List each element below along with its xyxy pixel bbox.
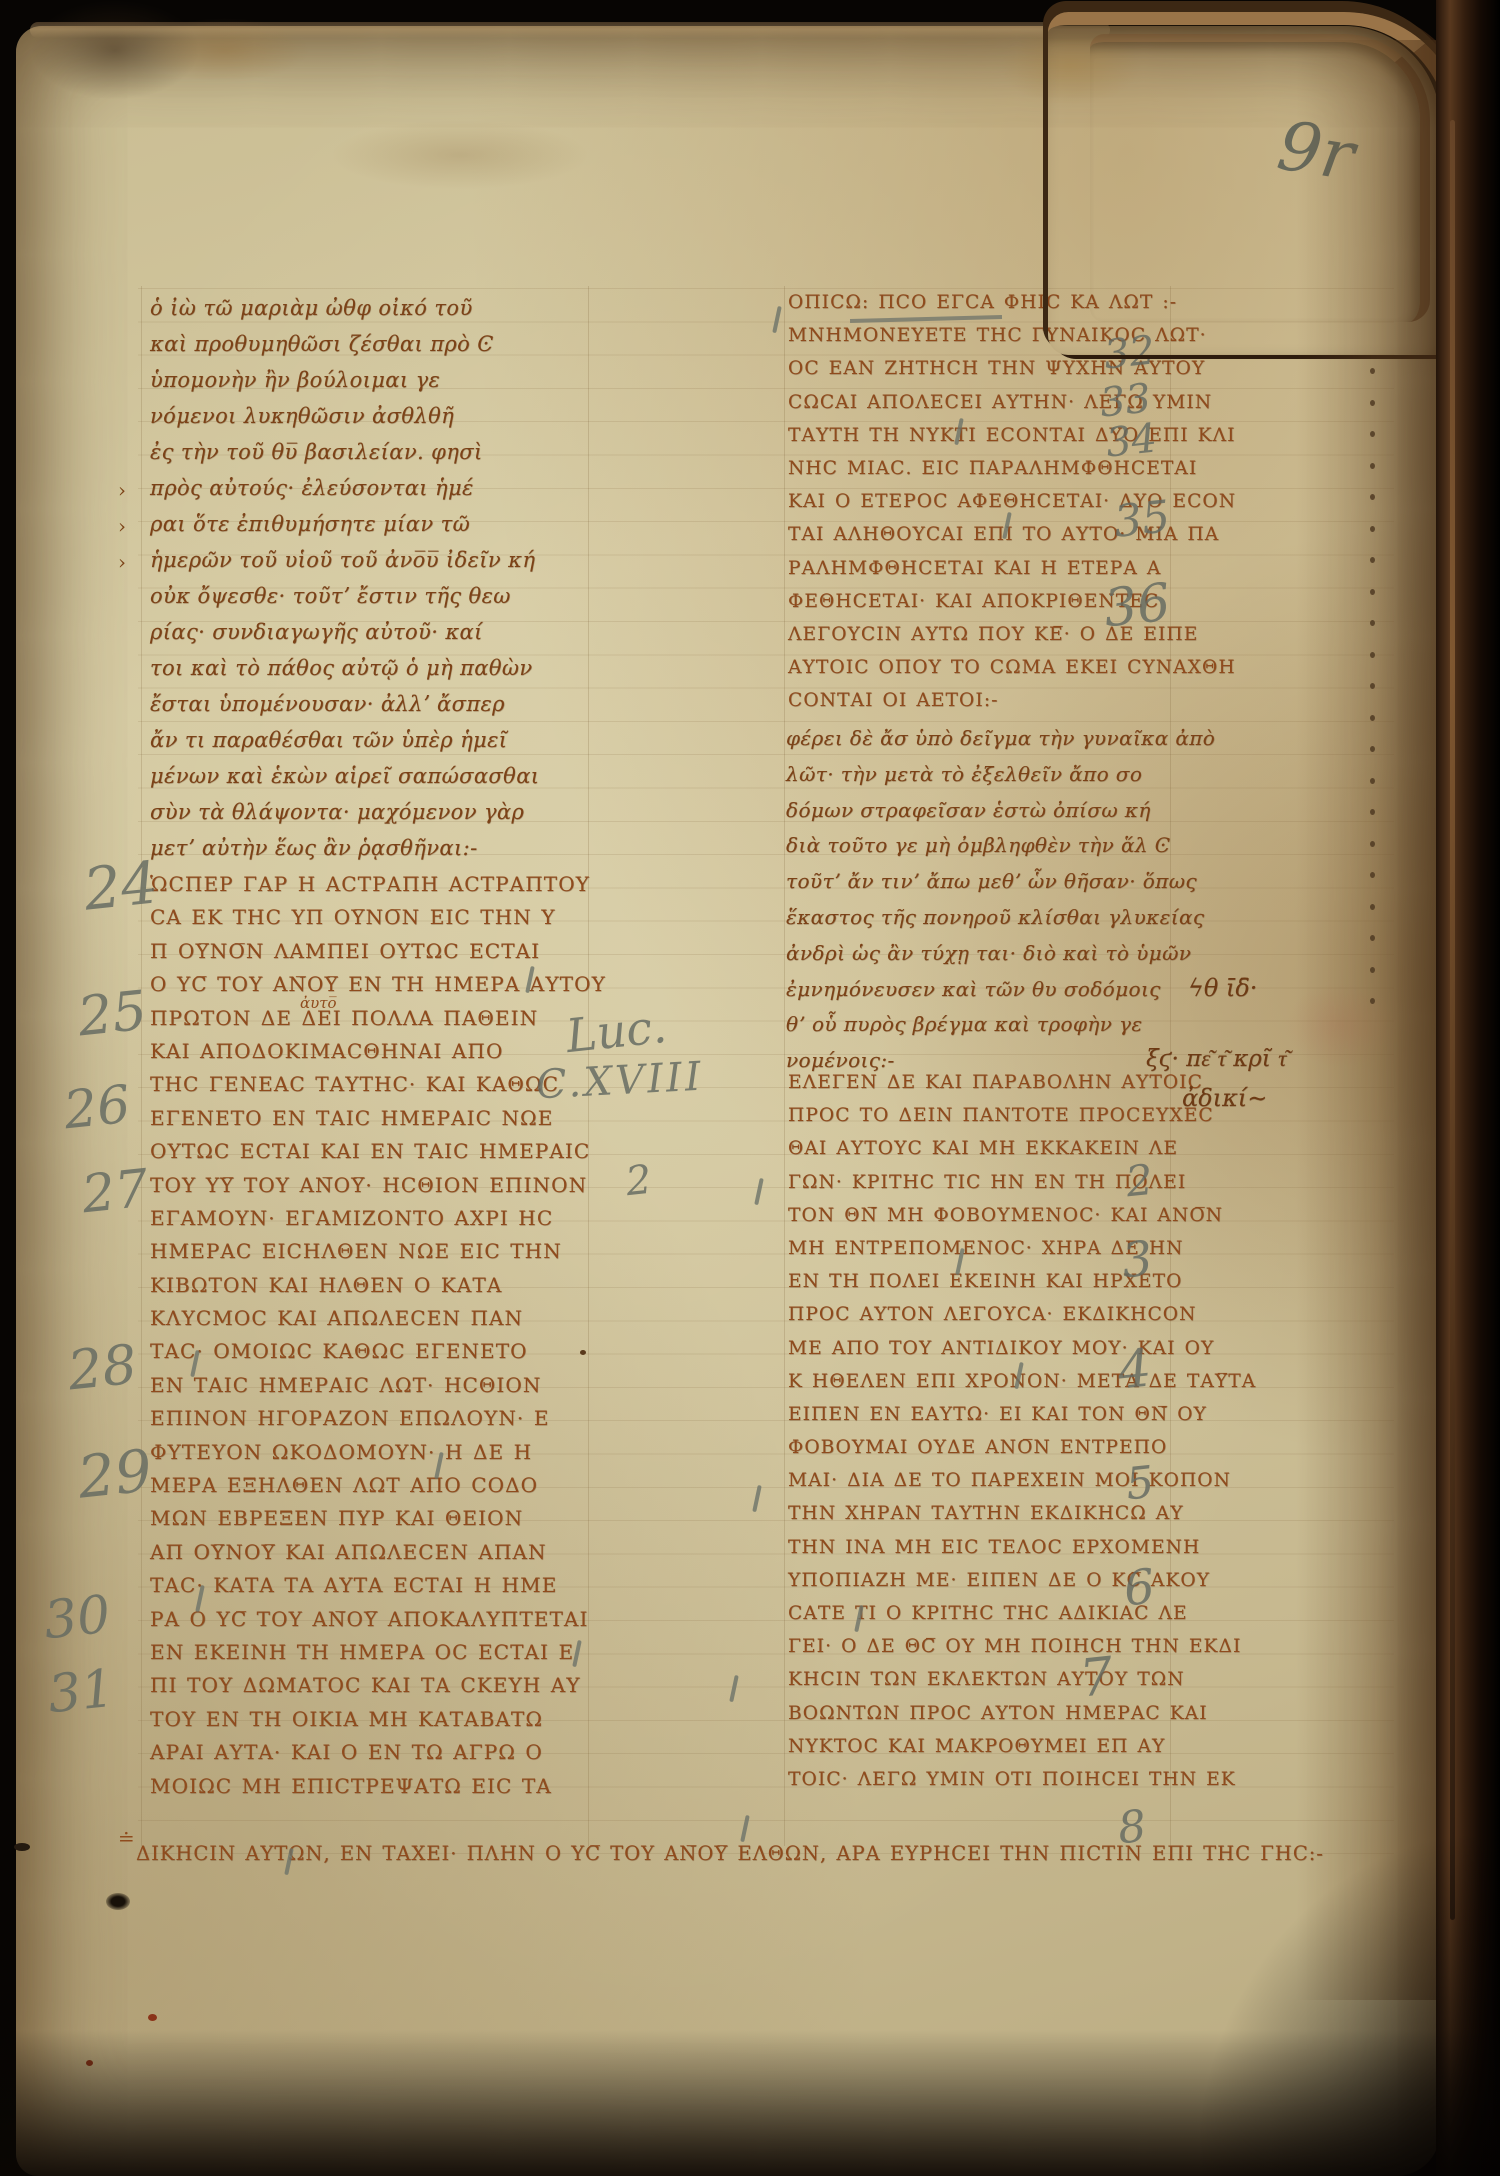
verse-number-left: 25 — [75, 979, 150, 1049]
quotation-diple-mark: › — [118, 550, 126, 574]
quotation-diple-mark: › — [118, 478, 126, 502]
manuscript-line: ΕΝ ΤΗ ΠΟΛΕΙ ΕΚΕΙΝΗ ΚΑΙ ΗΡΧΕΤΟ — [788, 1271, 1256, 1304]
annotation-layer: ὁ ἰὼ τῶ μαριὰμ ὠθφ οἰκό τοῦκαὶ προθυμηθῶ… — [0, 0, 1500, 2176]
manuscript-line: ΠΡΟϹ ΑΥΤΟΝ ΛΕΓΟΥϹΑ· ΕΚΔΙΚΗϹΟΝ — [788, 1304, 1256, 1337]
verse-number-right: 6 — [1121, 1559, 1157, 1618]
manuscript-line: ΕΝ ΤΑΙϹ ΗΜΕΡΑΙϹ ΛΩΤ· ΗϹΘΙΟΝ — [150, 1373, 606, 1406]
verse-number-left: 31 — [45, 1659, 117, 1726]
manuscript-line: ΓΕΙ· Ο ΔΕ ΘϹ̅ ΟΥ ΜΗ ΠΟΙΗϹΗ ΤΗΝ ΕΚΔΙ — [788, 1636, 1256, 1669]
ink-blot — [106, 1893, 130, 1910]
manuscript-line: Π ΟΥ̅ΝΟ̅Ν ΛΑΜΠΕΙ ΟΥΤΩϹ ΕϹΤΑΙ — [150, 939, 606, 972]
verse-number-left: 30 — [41, 1585, 113, 1652]
manuscript-line: ΒΟΩΝΤΩΝ ΠΡΟϹ ΑΥΤΟΝ ΗΜΕΡΑϹ ΚΑΙ — [788, 1703, 1256, 1736]
ink-speck — [580, 1350, 586, 1355]
verse-number-right: 4 — [1115, 1338, 1154, 1401]
manuscript-line: ἐς τὴν τοῦ θυ̅ βασιλείαν. φησὶ — [150, 440, 539, 476]
manuscript-line: ραι ὅτε ἐπιθυμήσητε μίαν τῶ — [150, 512, 539, 548]
quotation-diple-mark: › — [118, 514, 126, 538]
pencil-verse-slash — [772, 306, 781, 333]
ink-speck — [14, 1843, 30, 1851]
manuscript-line: ΦΟΒΟΥΜΑΙ ΟΥΔΕ ΑΝΟ̅Ν ΕΝΤΡΕΠΟ — [788, 1437, 1256, 1470]
prick-hole-dot — [1370, 368, 1375, 374]
manuscript-line: μένων καὶ ἑκὼν αἱρεῖ σαπώσασθαι — [150, 764, 539, 800]
manuscript-line: ἄν τι παραθέσθαι τῶν ὑπὲρ ἡμεῖ — [150, 728, 539, 764]
luke-chapter-label: C.XVIII — [535, 1054, 705, 1109]
manuscript-line: ἕκαστος τῆς πονηροῦ κλίσθαι γλυκείας — [786, 905, 1215, 941]
manuscript-line: λῶτ· τὴν μετὰ τὸ ἐξελθεῖν ἄπο σο — [786, 762, 1215, 798]
manuscript-line: ΤΗΝ ΧΗΡΑΝ ΤΑΥΤΗΝ ΕΚΔΙΚΗϹΩ ΑΥ — [788, 1503, 1256, 1536]
manuscript-line: διὰ τοῦτο γε μὴ ὀμβληφθὲν τὴν ἅλ Ͼ — [786, 833, 1215, 869]
manuscript-line: ἐμνημόνευσεν καὶ τῶν θυ σοδόμοις — [786, 977, 1215, 1013]
manuscript-line: ΕΠΙΝΟΝ ΗΓΟΡΑΖΟΝ ΕΠΩΛΟΥΝ· Ε — [150, 1406, 606, 1439]
manuscript-line: τοῦτʼ ἄν τινʼ ἄπω μεθʼ ὧν θῆσαν· ὅπως — [786, 869, 1215, 905]
prick-hole-dot — [1370, 872, 1375, 878]
manuscript-line: ΤΟΝ ΘΝ̅ ΜΗ ΦΟΒΟΥΜΕΝΟϹ· ΚΑΙ ΑΝΟ̅Ν — [788, 1205, 1256, 1238]
pencil-verse-slash — [752, 1485, 761, 1512]
manuscript-line: ΠΙ ΤΟΥ ΔΩΜΑΤΟϹ ΚΑΙ ΤΑ ϹΚΕΥΗ ΑΥ — [150, 1673, 606, 1706]
pencil-verse-slash — [740, 1815, 749, 1842]
prick-hole-dot — [1370, 746, 1375, 752]
prick-hole-dot — [1370, 778, 1375, 784]
manuscript-line: Ο ΥϹ̅ ΤΟΥ ΑΝ̅ΟΥ̅ ΕΝ ΤΗ ΗΜΕΡΑ ΑΥΤΟΥ — [150, 972, 606, 1005]
verse-number-left: 27 — [79, 1159, 151, 1226]
manuscript-line: ΤΑϹ· ΚΑΤΑ ΤΑ ΑΥΤΑ ΕϹΤΑΙ Η ΗΜΕ — [150, 1573, 606, 1606]
right-column-commentary: φέρει δὲ ἄσ ὑπὸ δεῖγμα τὴν γυναῖκα ἀπὸλῶ… — [786, 726, 1215, 1084]
left-column-gospel-text: ὩϹΠΕΡ ΓΑΡ Η ΑϹΤΡΑΠΗ ΑϹΤΡΑΠΤΟΥϹΑ ΕΚ ΤΗϹ Υ… — [150, 872, 606, 1807]
verse-number-left: 26 — [61, 1075, 133, 1142]
interlinear-correction: ἀυτο̅ — [300, 994, 337, 1012]
manuscript-line: ΡΑΛΗΜΦΘΗϹΕΤΑΙ ΚΑΙ Η ΕΤΕΡΑ Α — [788, 558, 1236, 591]
verse-number-right: 2 — [624, 1157, 654, 1205]
manuscript-photo: ὁ ἰὼ τῶ μαριὰμ ὠθφ οἰκό τοῦκαὶ προθυμηθῶ… — [0, 0, 1500, 2176]
kephalaion-note-line: ϟθ ῑδ̄· — [1188, 974, 1257, 1002]
manuscript-line: ὩϹΠΕΡ ΓΑΡ Η ΑϹΤΡΑΠΗ ΑϹΤΡΑΠΤΟΥ — [150, 872, 606, 905]
prick-hole-dot — [1370, 683, 1375, 689]
verse-number-left: 24 — [81, 848, 162, 923]
prick-hole-dot — [1370, 967, 1375, 973]
binding-highlight — [1450, 120, 1455, 1920]
manuscript-line: καὶ προθυμηθῶσι ζέσθαι πρὸ Ͼ — [150, 332, 539, 368]
verse-number-right: 35 — [1111, 491, 1172, 548]
manuscript-line: ΚΙΒΩΤΟΝ ΚΑΙ ΗΛΘΕΝ Ο ΚΑΤΑ — [150, 1273, 606, 1306]
prick-hole-dot — [1370, 998, 1375, 1004]
manuscript-line: ΕΓΕΝΕΤΟ ΕΝ ΤΑΙϹ ΗΜΕΡΑΙϹ ΝΩΕ — [150, 1106, 606, 1139]
manuscript-line: ὁ ἰὼ τῶ μαριὰμ ὠθφ οἰκό τοῦ — [150, 296, 539, 332]
manuscript-line: ΗΜΕΡΑϹ ΕΙϹΗΛΘΕΝ ΝΩΕ ΕΙϹ ΤΗΝ — [150, 1239, 606, 1272]
manuscript-line: ὑπομονὴν ἢν βούλοιμαι γε — [150, 368, 539, 404]
manuscript-line: ΠΡΩΤΟΝ ΔΕ ΔΕΙ ΠΟΛΛΑ ΠΑΘΕΙΝ — [150, 1006, 606, 1039]
kephalaion-note-line: ἀδικί∼ — [1182, 1084, 1267, 1112]
manuscript-line: ΤΗΝ ΙΝΑ ΜΗ ΕΙϹ ΤΕΛΟϹ ΕΡΧΟΜΕΝΗ — [788, 1537, 1256, 1570]
verse-number-right: 36 — [1101, 573, 1173, 640]
manuscript-line: ΜΗ ΕΝΤΡΕΠΟΜΕΝΟϹ· ΧΗΡΑ ΔΕ ΗΝ — [788, 1238, 1256, 1271]
prick-hole-dot — [1370, 652, 1375, 658]
manuscript-line: δόμων στραφεῖσαν ἑστὼ ὀπίσω κή — [786, 798, 1215, 834]
manuscript-line: ΤΑϹ· ΟΜΟΙΩϹ ΚΑΘΩϹ ΕΓΕΝΕΤΟ — [150, 1339, 606, 1372]
manuscript-line: πρὸς αὐτούς· ἐλεύσονται ἡμέ — [150, 476, 539, 512]
verse-number-right: 3 — [1119, 1231, 1155, 1290]
prick-hole-dot — [1370, 494, 1375, 500]
prick-hole-dot — [1370, 809, 1375, 815]
manuscript-line: ΤΟΥ ΕΝ ΤΗ ΟΙΚΙΑ ΜΗ ΚΑΤΑΒΑΤΩ — [150, 1707, 606, 1740]
ink-speck — [86, 2060, 93, 2066]
prick-hole-dot — [1370, 589, 1375, 595]
manuscript-line: ϹΟΝΤΑΙ ΟΙ ΑΕΤΟΙ:- — [788, 690, 1236, 723]
manuscript-line: ΤΟΥ ΥΥ̅ ΤΟΥ ΑΝ̅ΟΥ̅· ΗϹΘΙΟΝ ΕΠΙΝΟΝ — [150, 1173, 606, 1206]
verse-number-right: 8 — [1115, 1801, 1148, 1855]
manuscript-line: ΕΓΑΜΟΥΝ· ΕΓΑΜΙΖΟΝΤΟ ΑΧΡΙ ΗϹ — [150, 1206, 606, 1239]
manuscript-line: ΜΕΡΑ ΕΞΗΛΘΕΝ ΛΩΤ ΑΠΟ ϹΟΔΟ — [150, 1473, 606, 1506]
manuscript-line: ΕΝ ΕΚΕΙΝΗ ΤΗ ΗΜΕΡΑ ΟϹ ΕϹΤΑΙ Ε — [150, 1640, 606, 1673]
manuscript-line: ἔσται ὑπομένουσαν· ἀλλʼ ἄσπερ — [150, 692, 539, 728]
manuscript-line: θʼ οὗ πυρὸς βρέγμα καὶ τροφὴν γε — [786, 1012, 1215, 1048]
manuscript-line: ΚΛΥϹΜΟϹ ΚΑΙ ΑΠΩΛΕϹΕΝ ΠΑΝ — [150, 1306, 606, 1339]
verse-number-left: 28 — [65, 1333, 140, 1403]
manuscript-line: ἀνδρὶ ὡς ἂν τύχῃ ται· διὸ καὶ τὸ ὑμῶν — [786, 941, 1215, 977]
prick-hole-dot — [1370, 463, 1375, 469]
verse-number-left: 29 — [75, 1436, 156, 1511]
manuscript-line: ΝΗϹ ΜΙΑϹ. ΕΙϹ ΠΑΡΑΛΗΜΦΘΗϹΕΤΑΙ — [788, 458, 1236, 491]
manuscript-line: ΘΑΙ ΑΥΤΟΥϹ ΚΑΙ ΜΗ ΕΚΚΑΚΕΙΝ ΛΕ — [788, 1138, 1256, 1171]
manuscript-line: ΜΝΗΜΟΝΕΥΕΤΕ ΤΗϹ ΓΥΝΑΙΚΟϹ ΛΩΤ· — [788, 325, 1236, 358]
verse-number-right: 7 — [1077, 1646, 1116, 1709]
manuscript-line: ΦΥΤΕΥΟΝ ΩΚΟΔΟΜΟΥΝ· Η ΔΕ Η — [150, 1440, 606, 1473]
manuscript-line: ΥΠΟΠΙΑΖΗ ΜΕ· ΕΙΠΕΝ ΔΕ Ο ΚϹ̅ ΑΚΟΥ — [788, 1570, 1256, 1603]
manuscript-line: ρίας· συνδιαγωγῆς αὐτοῦ· καί — [150, 620, 539, 656]
book-binding-edge — [1436, 0, 1500, 2176]
ink-speck — [148, 2014, 157, 2021]
prick-hole-dot — [1370, 431, 1375, 437]
pencil-verse-slash — [729, 1675, 738, 1702]
manuscript-line: ΑΠ ΟΥ̅ΝΟΥ̅ ΚΑΙ ΑΠΩΛΕϹΕΝ ΑΠΑΝ — [150, 1540, 606, 1573]
pencil-verse-slash — [754, 1178, 763, 1205]
prick-hole-dot — [1370, 526, 1375, 532]
left-column-commentary: ὁ ἰὼ τῶ μαριὰμ ὠθφ οἰκό τοῦκαὶ προθυμηθῶ… — [150, 296, 539, 872]
manuscript-line: ΡΑ Ο ΥϹ̅ ΤΟΥ ΑΝ̅ΟΥ̅ ΑΠΟΚΑΛΥΠΤΕΤΑΙ — [150, 1607, 606, 1640]
prick-hole-dot — [1370, 620, 1375, 626]
manuscript-line: ΓΩΝ· ΚΡΙΤΗϹ ΤΙϹ ΗΝ ΕΝ ΤΗ ΠΟΛΕΙ — [788, 1172, 1256, 1205]
prick-hole-dot — [1370, 841, 1375, 847]
manuscript-line: Κ ΗΘΕΛΕΝ ΕΠΙ ΧΡΟΝΟΝ· ΜΕΤΑ ΔΕ ΤΑΥ̅ΤΑ — [788, 1371, 1256, 1404]
prick-hole-dot — [1370, 715, 1375, 721]
verse-number-right: 32 — [1102, 327, 1157, 378]
manuscript-line: ΚΗϹΙΝ ΤΩΝ ΕΚΛΕΚΤΩΝ ΑΥΤΟΥ ΤΩΝ — [788, 1669, 1256, 1702]
manuscript-line: μετʼ αὐτὴν ἕως ἂν ῥᾳσθῆναι:- — [150, 836, 539, 872]
manuscript-line: ΜΩΝ ΕΒΡΕΞΕΝ ΠΥΡ ΚΑΙ ΘΕΙΟΝ — [150, 1506, 606, 1539]
prick-hole-dot — [1370, 935, 1375, 941]
right-column-gospel-text-lower: ΕΛΕΓΕΝ ΔΕ ΚΑΙ ΠΑΡΑΒΟΛΗΝ ΑΥΤΟΙϹΠΡΟϹ ΤΟ ΔΕ… — [788, 1072, 1256, 1802]
manuscript-line: ΕΙΠΕΝ ΕΝ ΕΑΥΤΩ· ΕΙ ΚΑΙ ΤΟΝ ΘΝ̅ ΟΥ — [788, 1404, 1256, 1437]
prick-hole-dot — [1370, 400, 1375, 406]
manuscript-line: σὺν τὰ θλάψοντα· μαχόμενον γὰρ — [150, 800, 539, 836]
manuscript-line: ϹΑ ΕΚ ΤΗϹ ΥΠ ΟΥ̅ΝΟ̅Ν ΕΙϹ ΤΗΝ Υ — [150, 905, 606, 938]
luke-reference-label: Luc. — [563, 999, 669, 1063]
manuscript-line: ΟϹ ΕΑΝ ΖΗΤΗϹΗ ΤΗΝ ΨΥΧΗΝ ΑΥΤΟΥ — [788, 358, 1236, 391]
manuscript-line: ΟΥΤΩϹ ΕϹΤΑΙ ΚΑΙ ΕΝ ΤΑΙϹ ΗΜΕΡΑΙϹ — [150, 1139, 606, 1172]
verse-number-right: 34 — [1104, 415, 1159, 466]
prick-hole-dot — [1370, 904, 1375, 910]
paragraphos-mark: ≐ — [118, 1826, 135, 1850]
verse-number-right: 5 — [1123, 1457, 1156, 1511]
manuscript-line: οὐκ ὄψεσθε· τοῦτʼ ἔστιν τῆς θεω — [150, 584, 539, 620]
folio-number: 9r — [1272, 107, 1359, 197]
manuscript-line: ΜΑΙ· ΔΙΑ ΔΕ ΤΟ ΠΑΡΕΧΕΙΝ ΜΟΙ ΚΟΠΟΝ — [788, 1470, 1256, 1503]
manuscript-line: ἡμερῶν τοῦ υἱοῦ τοῦ ἀνο̅υ̅ ἰδεῖν κή — [150, 548, 539, 584]
manuscript-line: ϹΩϹΑΙ ΑΠΟΛΕϹΕΙ ΑΥΤΗΝ· ΛΕΓΩ ΥΜΙΝ — [788, 392, 1236, 425]
verse-number-right: 2 — [1124, 1155, 1156, 1207]
manuscript-line: φέρει δὲ ἄσ ὑπὸ δεῖγμα τὴν γυναῖκα ἀπὸ — [786, 726, 1215, 762]
kephalaion-note-line: ξϛ· πε͂ τ͂ κρῖ τ͂ — [1146, 1046, 1286, 1072]
manuscript-line: ΝΥΚΤΟϹ ΚΑΙ ΜΑΚΡΟΘΥΜΕΙ ΕΠ ΑΥ — [788, 1736, 1256, 1769]
manuscript-line: ΜΟΙΩϹ ΜΗ ΕΠΙϹΤΡΕΨΑΤΩ ΕΙϹ ΤΑ — [150, 1774, 606, 1807]
manuscript-line: νόμενοι λυκηθῶσιν ἀσθλθῆ — [150, 404, 539, 440]
prick-hole-dot — [1370, 557, 1375, 563]
manuscript-line: τοι καὶ τὸ πάθος αὐτῷ ὁ μὴ παθὼν — [150, 656, 539, 692]
manuscript-line: ΤΑΥΤΗ ΤΗ ΝΥΚΤΙ ΕϹΟΝΤΑΙ ΔΥΟ ΕΠΙ ΚΛΙ — [788, 425, 1236, 458]
manuscript-line: ΤΟΙϹ· ΛΕΓΩ ΥΜΙΝ ΟΤΙ ΠΟΙΗϹΕΙ ΤΗΝ ΕΚ — [788, 1769, 1256, 1802]
manuscript-line: ΑΥΤΟΙϹ ΟΠΟΥ ΤΟ ϹΩΜΑ ΕΚΕΙ ϹΥΝΑΧΘΗ — [788, 657, 1236, 690]
manuscript-line: ΑΡΑΙ ΑΥΤΑ· ΚΑΙ Ο ΕΝ ΤΩ ΑΓΡΩ Ο — [150, 1740, 606, 1773]
